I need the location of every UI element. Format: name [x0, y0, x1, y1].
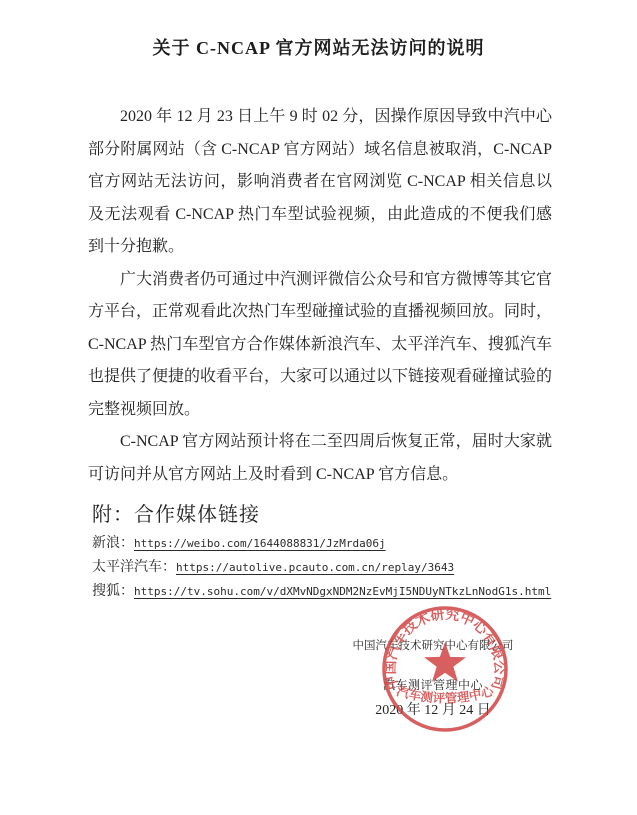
- document-title: 关于 C-NCAP 官方网站无法访问的说明: [0, 34, 637, 60]
- link-label-sina: 新浪：: [92, 536, 134, 551]
- list-item: 太平洋汽车：https://autolive.pcauto.com.cn/rep…: [92, 555, 562, 579]
- seal-graphic: 中国汽车技术研究中心有限公司 汽车测评管理中心: [378, 602, 512, 736]
- link-url-sina[interactable]: https://weibo.com/1644088831/JzMrda06j: [134, 537, 386, 550]
- document-body: 2020 年 12 月 23 日上午 9 时 02 分，因操作原因导致中汽中心部…: [88, 101, 552, 491]
- paragraph-1: 2020 年 12 月 23 日上午 9 时 02 分，因操作原因导致中汽中心部…: [88, 101, 552, 264]
- list-item: 新浪：https://weibo.com/1644088831/JzMrda06…: [92, 531, 562, 555]
- attachment-heading: 附：合作媒体链接: [92, 498, 260, 527]
- star-icon: [424, 642, 466, 682]
- link-label-sohu: 搜狐：: [92, 584, 134, 599]
- paragraph-3: C-NCAP 官方网站预计将在二至四周后恢复正常，届时大家就可访问并从官方网站上…: [88, 426, 552, 491]
- media-links-list: 新浪：https://weibo.com/1644088831/JzMrda06…: [92, 531, 562, 603]
- list-item: 搜狐：https://tv.sohu.com/v/dXMvNDgxNDM2NzE…: [92, 579, 562, 603]
- link-url-sohu[interactable]: https://tv.sohu.com/v/dXMvNDgxNDM2NzEvMj…: [134, 585, 551, 598]
- link-url-pcauto[interactable]: https://autolive.pcauto.com.cn/replay/36…: [176, 561, 454, 574]
- document-page: 关于 C-NCAP 官方网站无法访问的说明 2020 年 12 月 23 日上午…: [0, 0, 637, 815]
- paragraph-2: 广大消费者仍可通过中汽测评微信公众号和官方微博等其它官方平台，正常观看此次热门车…: [88, 264, 552, 427]
- link-label-pcauto: 太平洋汽车：: [92, 560, 176, 575]
- svg-text:汽车测评管理中心: 汽车测评管理中心: [395, 683, 496, 706]
- official-seal-stamp: 中国汽车技术研究中心有限公司 汽车测评管理中心: [378, 602, 512, 736]
- seal-inner-text: 汽车测评管理中心: [395, 683, 496, 706]
